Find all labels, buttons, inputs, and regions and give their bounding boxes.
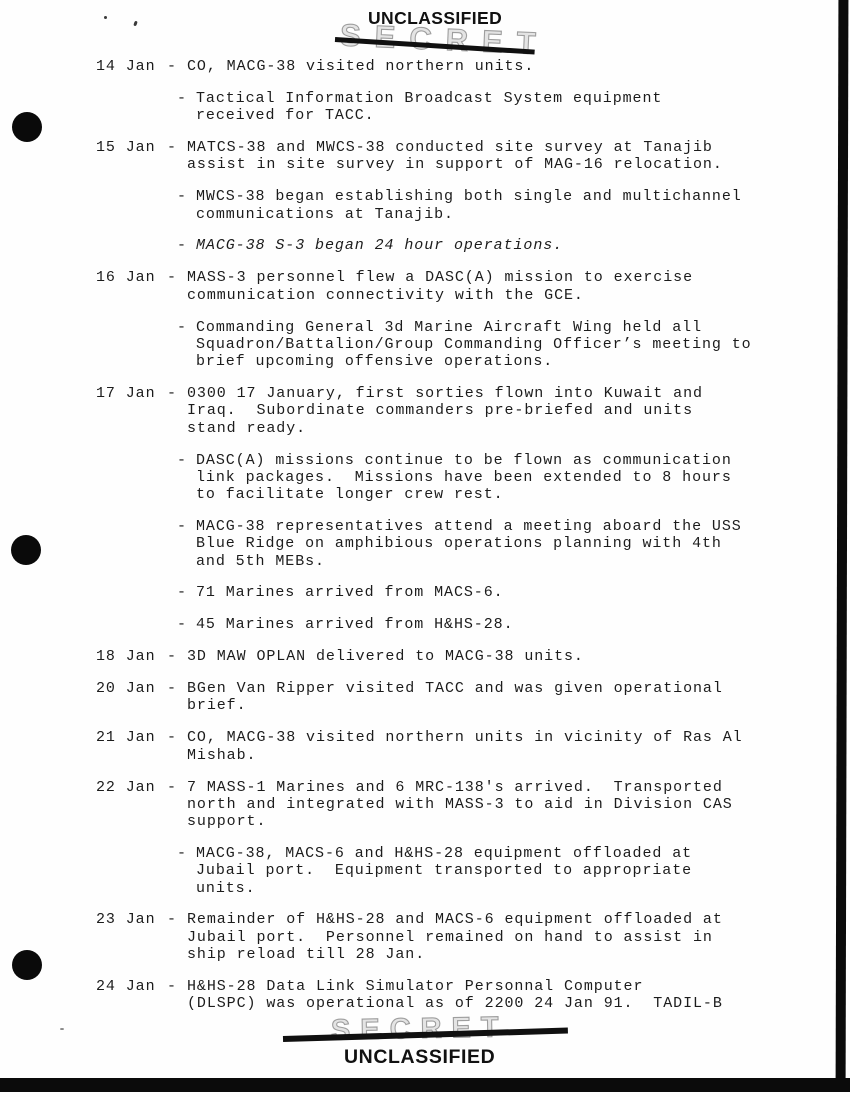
text-line: link packages. Missions have been extend… — [196, 469, 786, 486]
bullet-text: 71 Marines arrived from MACS-6. — [196, 584, 786, 601]
text-line: brief upcoming offensive operations. — [196, 353, 786, 370]
text-line: MACG-38, MACS-6 and H&HS-28 equipment of… — [196, 845, 786, 862]
log-bullet-row: -MACG-38 S-3 began 24 hour operations. — [96, 237, 786, 254]
bullet-text: CO, MACG-38 visited northern units in vi… — [187, 729, 786, 764]
text-line: 0300 17 January, first sorties flown int… — [187, 385, 786, 402]
date-label: 22 Jan — [96, 779, 156, 796]
hole-punch — [12, 112, 42, 142]
bullet-text: MASS-3 personnel flew a DASC(A) mission … — [187, 269, 786, 304]
log-bullet-row: 18 Jan-3D MAW OPLAN delivered to MACG-38… — [96, 648, 786, 665]
text-line: brief. — [187, 697, 786, 714]
text-line: Tactical Information Broadcast System eq… — [196, 90, 786, 107]
log-bullet-row: 21 Jan-CO, MACG-38 visited northern unit… — [96, 729, 786, 764]
text-line: H&HS-28 Data Link Simulator Personnal Co… — [187, 978, 786, 995]
text-line: Remainder of H&HS-28 and MACS-6 equipmen… — [187, 911, 786, 928]
hole-punch — [12, 950, 42, 980]
date-label: 16 Jan — [96, 269, 156, 286]
log-bullet-row: -DASC(A) missions continue to be flown a… — [96, 452, 786, 504]
bullet-dash: - — [177, 90, 187, 107]
text-line: BGen Van Ripper visited TACC and was giv… — [187, 680, 786, 697]
text-line: Jubail port. Equipment transported to ap… — [196, 862, 786, 879]
bullet-dash: - — [167, 978, 177, 995]
bullet-text: 3D MAW OPLAN delivered to MACG-38 units. — [187, 648, 786, 665]
bullet-dash: - — [167, 58, 177, 75]
text-line: Jubail port. Personnel remained on hand … — [187, 929, 786, 946]
text-line: MACG-38 S-3 began 24 hour operations. — [196, 237, 786, 254]
hole-punch — [11, 535, 41, 565]
scan-edge-bar-bottom — [0, 1078, 850, 1092]
text-line: MATCS-38 and MWCS-38 conducted site surv… — [187, 139, 786, 156]
bullet-dash: - — [167, 911, 177, 928]
scan-speck — [133, 21, 138, 27]
bullet-text: MACG-38 S-3 began 24 hour operations. — [196, 237, 786, 254]
text-line: and 5th MEBs. — [196, 553, 786, 570]
text-line: communications at Tanajib. — [196, 206, 786, 223]
bullet-dash: - — [177, 319, 187, 336]
bullet-dash: - — [167, 648, 177, 665]
classification-footer: UNCLASSIFIED — [344, 1046, 495, 1069]
scan-edge-bar-right — [836, 0, 849, 1092]
text-line: assist in site survey in support of MAG-… — [187, 156, 786, 173]
text-line: north and integrated with MASS-3 to aid … — [187, 796, 786, 813]
text-line: MACG-38 representatives attend a meeting… — [196, 518, 786, 535]
text-line: 3D MAW OPLAN delivered to MACG-38 units. — [187, 648, 786, 665]
log-bullet-row: -71 Marines arrived from MACS-6. — [96, 584, 786, 601]
log-entries: 14 Jan-CO, MACG-38 visited northern unit… — [96, 58, 786, 1027]
text-line: received for TACC. — [196, 107, 786, 124]
bullet-text: Remainder of H&HS-28 and MACS-6 equipmen… — [187, 911, 786, 963]
log-bullet-row: 23 Jan-Remainder of H&HS-28 and MACS-6 e… — [96, 911, 786, 963]
bullet-text: BGen Van Ripper visited TACC and was giv… — [187, 680, 786, 715]
text-line: DASC(A) missions continue to be flown as… — [196, 452, 786, 469]
bullet-dash: - — [167, 385, 177, 402]
text-line: Iraq. Subordinate commanders pre-briefed… — [187, 402, 786, 419]
bullet-dash: - — [177, 237, 187, 254]
scan-speck — [60, 1028, 64, 1030]
bullet-dash: - — [167, 779, 177, 796]
log-bullet-row: 17 Jan-0300 17 January, first sorties fl… — [96, 385, 786, 437]
text-line: 71 Marines arrived from MACS-6. — [196, 584, 786, 601]
date-label: 15 Jan — [96, 139, 156, 156]
log-bullet-row: -MACG-38 representatives attend a meetin… — [96, 518, 786, 570]
text-line: MASS-3 personnel flew a DASC(A) mission … — [187, 269, 786, 286]
bullet-text: 7 MASS-1 Marines and 6 MRC-138's arrived… — [187, 779, 786, 831]
bullet-text: H&HS-28 Data Link Simulator Personnal Co… — [187, 978, 786, 1013]
bullet-dash: - — [177, 518, 187, 535]
date-label: 14 Jan — [96, 58, 156, 75]
bullet-text: Commanding General 3d Marine Aircraft Wi… — [196, 319, 786, 371]
bullet-dash: - — [177, 188, 187, 205]
bullet-text: MWCS-38 began establishing both single a… — [196, 188, 786, 223]
text-line: communication connectivity with the GCE. — [187, 287, 786, 304]
bullet-text: MACG-38 representatives attend a meeting… — [196, 518, 786, 570]
bullet-dash: - — [167, 680, 177, 697]
log-bullet-row: 14 Jan-CO, MACG-38 visited northern unit… — [96, 58, 786, 75]
log-bullet-row: 20 Jan-BGen Van Ripper visited TACC and … — [96, 680, 786, 715]
bullet-dash: - — [167, 139, 177, 156]
bullet-dash: - — [167, 729, 177, 746]
log-bullet-row: 22 Jan-7 MASS-1 Marines and 6 MRC-138's … — [96, 779, 786, 831]
date-label: 20 Jan — [96, 680, 156, 697]
text-line: Squadron/Battalion/Group Commanding Offi… — [196, 336, 786, 353]
date-label: 24 Jan — [96, 978, 156, 995]
bullet-dash: - — [177, 584, 187, 601]
bullet-text: DASC(A) missions continue to be flown as… — [196, 452, 786, 504]
log-bullet-row: -MWCS-38 began establishing both single … — [96, 188, 786, 223]
log-bullet-row: 16 Jan-MASS-3 personnel flew a DASC(A) m… — [96, 269, 786, 304]
log-bullet-row: -MACG-38, MACS-6 and H&HS-28 equipment o… — [96, 845, 786, 897]
text-line: Commanding General 3d Marine Aircraft Wi… — [196, 319, 786, 336]
log-bullet-row: 24 Jan-H&HS-28 Data Link Simulator Perso… — [96, 978, 786, 1013]
date-label: 21 Jan — [96, 729, 156, 746]
bullet-text: MACG-38, MACS-6 and H&HS-28 equipment of… — [196, 845, 786, 897]
text-line: CO, MACG-38 visited northern units in vi… — [187, 729, 786, 746]
log-bullet-row: -Tactical Information Broadcast System e… — [96, 90, 786, 125]
text-line: support. — [187, 813, 786, 830]
bullet-text: CO, MACG-38 visited northern units. — [187, 58, 786, 75]
date-label: 17 Jan — [96, 385, 156, 402]
bullet-text: MATCS-38 and MWCS-38 conducted site surv… — [187, 139, 786, 174]
text-line: CO, MACG-38 visited northern units. — [187, 58, 786, 75]
bullet-text: 45 Marines arrived from H&HS-28. — [196, 616, 786, 633]
bullet-dash: - — [177, 452, 187, 469]
text-line: 7 MASS-1 Marines and 6 MRC-138's arrived… — [187, 779, 786, 796]
bullet-dash: - — [177, 616, 187, 633]
text-line: to facilitate longer crew rest. — [196, 486, 786, 503]
text-line: (DLSPC) was operational as of 2200 24 Ja… — [187, 995, 786, 1012]
bullet-dash: - — [177, 845, 187, 862]
text-line: stand ready. — [187, 420, 786, 437]
date-label: 23 Jan — [96, 911, 156, 928]
text-line: 45 Marines arrived from H&HS-28. — [196, 616, 786, 633]
text-line: MWCS-38 began establishing both single a… — [196, 188, 786, 205]
log-bullet-row: -Commanding General 3d Marine Aircraft W… — [96, 319, 786, 371]
text-line: units. — [196, 880, 786, 897]
bullet-dash: - — [167, 269, 177, 286]
scan-speck — [104, 16, 107, 19]
scanned-document-page: UNCLASSIFIED SECRET 14 Jan-CO, MACG-38 v… — [0, 0, 850, 1097]
text-line: Mishab. — [187, 747, 786, 764]
log-bullet-row: -45 Marines arrived from H&HS-28. — [96, 616, 786, 633]
text-line: ship reload till 28 Jan. — [187, 946, 786, 963]
bullet-text: 0300 17 January, first sorties flown int… — [187, 385, 786, 437]
date-label: 18 Jan — [96, 648, 156, 665]
bullet-text: Tactical Information Broadcast System eq… — [196, 90, 786, 125]
text-line: Blue Ridge on amphibious operations plan… — [196, 535, 786, 552]
log-bullet-row: 15 Jan-MATCS-38 and MWCS-38 conducted si… — [96, 139, 786, 174]
